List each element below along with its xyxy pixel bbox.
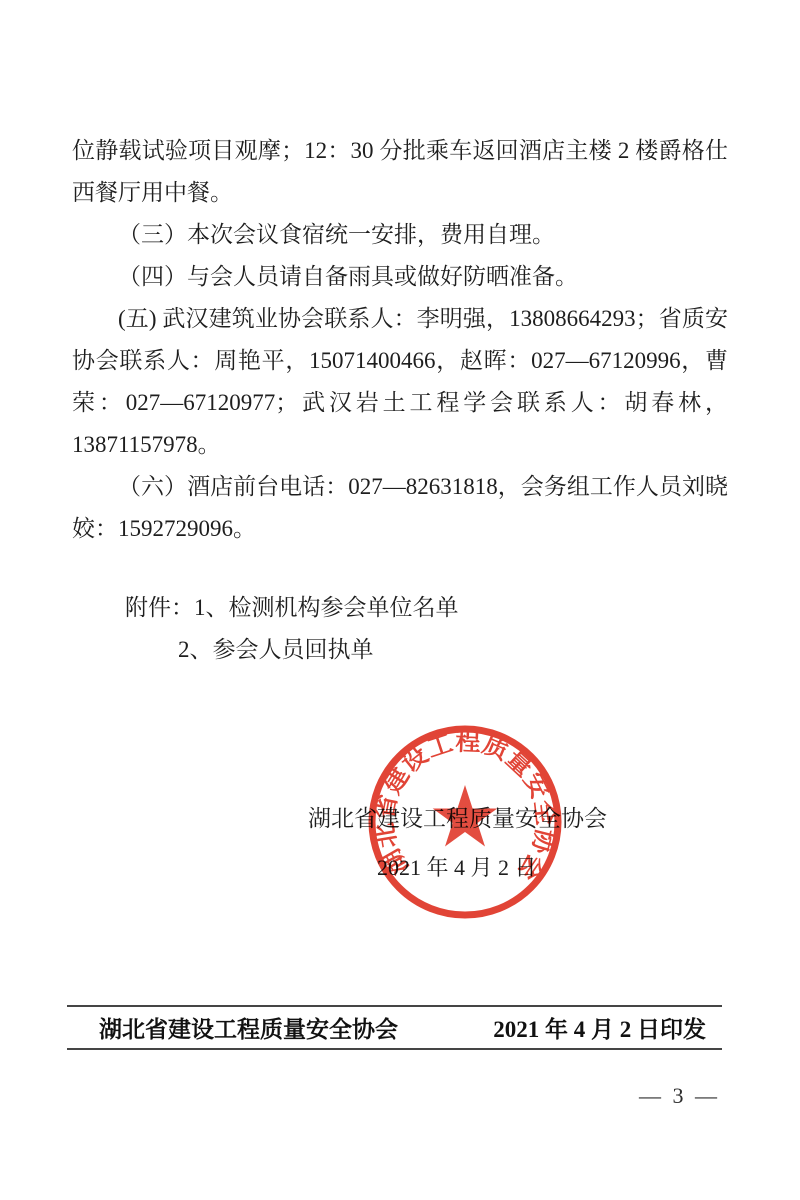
page-number: — 3 — bbox=[639, 1083, 720, 1109]
attachment-list: 附件：1、检测机构参会单位名单 2、参会人员回执单 bbox=[125, 587, 459, 671]
body-text: 位静载试验项目观摩；12：30 分批乘车返回酒店主楼 2 楼爵格仕西餐厅用中餐。… bbox=[72, 130, 728, 550]
body-paragraph: （六）酒店前台电话：027—82631818，会务组工作人员刘晓姣：159272… bbox=[72, 466, 728, 550]
attachment-row: 附件：1、检测机构参会单位名单 bbox=[125, 587, 459, 629]
footer-colophon: 湖北省建设工程质量安全协会 2021 年 4 月 2 日印发 bbox=[67, 1005, 722, 1050]
document-page: 位静载试验项目观摩；12：30 分批乘车返回酒店主楼 2 楼爵格仕西餐厅用中餐。… bbox=[0, 0, 800, 1200]
attachment-item: 1、检测机构参会单位名单 bbox=[194, 595, 459, 620]
footer-issue-date: 2021 年 4 月 2 日印发 bbox=[493, 1011, 722, 1044]
footer-org: 湖北省建设工程质量安全协会 bbox=[67, 1011, 398, 1044]
attachment-item: 2、参会人员回执单 bbox=[178, 637, 374, 662]
body-paragraph: 位静载试验项目观摩；12：30 分批乘车返回酒店主楼 2 楼爵格仕西餐厅用中餐。 bbox=[72, 130, 728, 214]
body-paragraph: （三）本次会议食宿统一安排，费用自理。 bbox=[72, 214, 728, 256]
body-paragraph: (五) 武汉建筑业协会联系人：李明强，13808664293；省质安协会联系人：… bbox=[72, 298, 728, 466]
body-paragraph: （四）与会人员请自备雨具或做好防晒准备。 bbox=[72, 256, 728, 298]
signature-date: 2021 年 4 月 2 日 bbox=[377, 847, 537, 889]
attachment-row: 2、参会人员回执单 bbox=[125, 629, 459, 671]
signature-org: 湖北省建设工程质量安全协会 bbox=[308, 798, 607, 840]
attachment-label: 附件： bbox=[125, 595, 194, 620]
